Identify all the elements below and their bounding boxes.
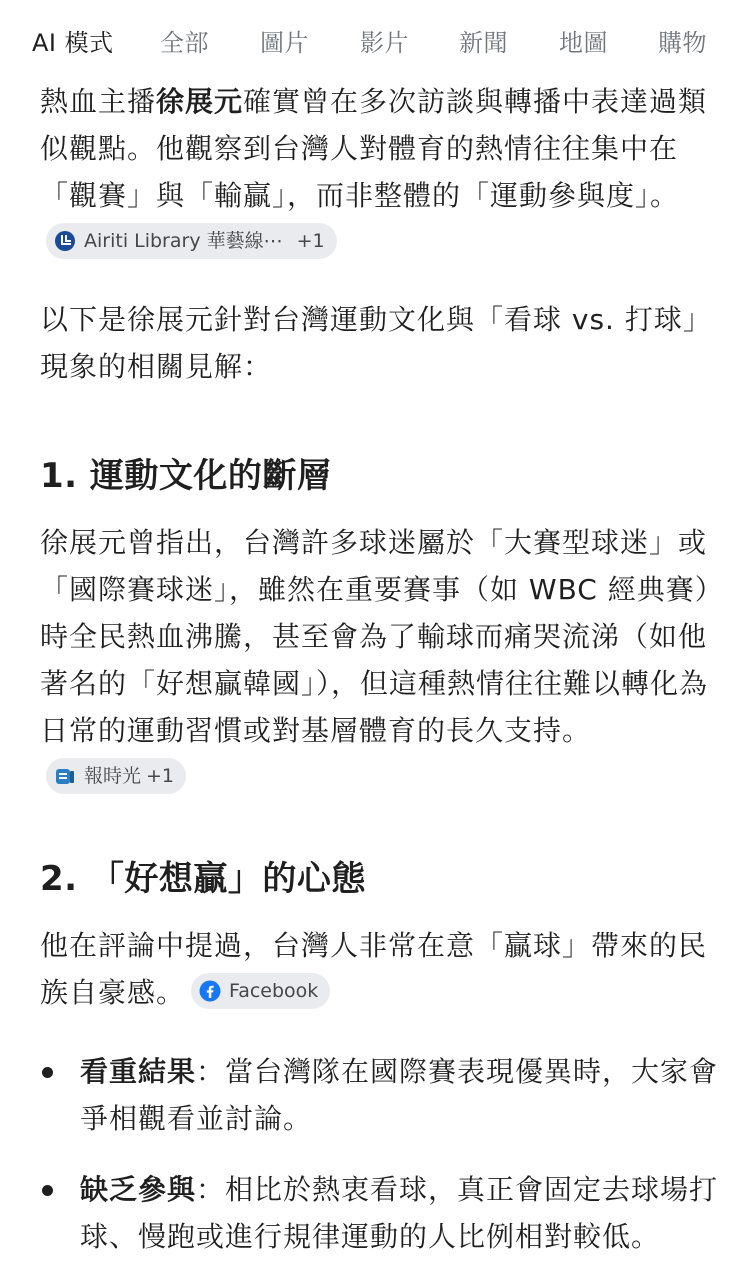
- source-chip-airiti[interactable]: Airiti Library 華藝線⋯+1: [46, 223, 337, 259]
- source-chip-count: +1: [146, 753, 174, 800]
- intro-bold-name: 徐展元: [156, 85, 243, 118]
- bullet-heading: 看重結果: [80, 1055, 196, 1088]
- section-1-text: 徐展元曾指出，台灣許多球迷屬於「大賽型球迷」或「國際賽球迷」，雖然在重要賽事（如…: [40, 526, 710, 747]
- tab-all[interactable]: 全部: [160, 23, 260, 58]
- section-1-paragraph: 徐展元曾指出，台灣許多球迷屬於「大賽型球迷」或「國際賽球迷」，雖然在重要賽事（如…: [40, 519, 720, 801]
- tab-ai-mode[interactable]: AI 模式: [32, 23, 160, 58]
- facebook-icon: [199, 980, 221, 1002]
- tab-videos[interactable]: 影片: [360, 23, 459, 58]
- section-2-paragraph: 他在評論中提過，台灣人非常在意「贏球」帶來的民族自豪感。Facebook: [40, 922, 720, 1016]
- section-title-1: 1. 運動文化的斷層: [40, 448, 720, 497]
- source-chip-label: Airiti Library 華藝線⋯: [84, 218, 283, 265]
- tab-maps[interactable]: 地圖: [559, 23, 658, 58]
- source-chip-label: 報時光: [84, 753, 141, 800]
- list-item: 缺乏參與：相比於熱衷看球，真正會固定去球場打球、慢跑或進行規律運動的人比例相對較…: [40, 1166, 720, 1260]
- tab-shopping[interactable]: 購物: [658, 23, 707, 58]
- section-2-text: 他在評論中提過，台灣人非常在意「贏球」帶來的民族自豪感。: [40, 929, 707, 1009]
- intro-paragraph: 熱血主播徐展元確實曾在多次訪談與轉播中表達過類似觀點。他觀察到台灣人對體育的熱情…: [40, 78, 720, 266]
- airiti-library-icon: [54, 230, 76, 252]
- source-chip-count: +1: [297, 218, 325, 265]
- tab-images[interactable]: 圖片: [260, 23, 360, 58]
- search-mode-tabs: AI 模式 全部 圖片 影片 新聞 地圖 購物: [0, 0, 755, 80]
- bullet-list: 看重結果：當台灣隊在國際賽表現優異時，大家會爭相觀看並討論。 缺乏參與：相比於熱…: [40, 1048, 720, 1260]
- source-chip-news[interactable]: 報時光+1: [46, 758, 186, 794]
- newspaper-icon: [54, 765, 76, 787]
- tab-news[interactable]: 新聞: [459, 23, 559, 58]
- list-item: 看重結果：當台灣隊在國際賽表現優異時，大家會爭相觀看並討論。: [40, 1048, 720, 1142]
- intro-text: 熱血主播: [40, 85, 156, 118]
- source-chip-facebook[interactable]: Facebook: [191, 973, 330, 1009]
- source-chip-label: Facebook: [229, 968, 318, 1015]
- ai-answer: 熱血主播徐展元確實曾在多次訪談與轉播中表達過類似觀點。他觀察到台灣人對體育的熱情…: [40, 78, 720, 1260]
- lead-paragraph: 以下是徐展元針對台灣運動文化與「看球 vs. 打球」現象的相關見解：: [40, 296, 720, 390]
- bullet-heading: 缺乏參與: [80, 1173, 196, 1206]
- section-title-2: 2. 「好想贏」的心態: [40, 851, 720, 900]
